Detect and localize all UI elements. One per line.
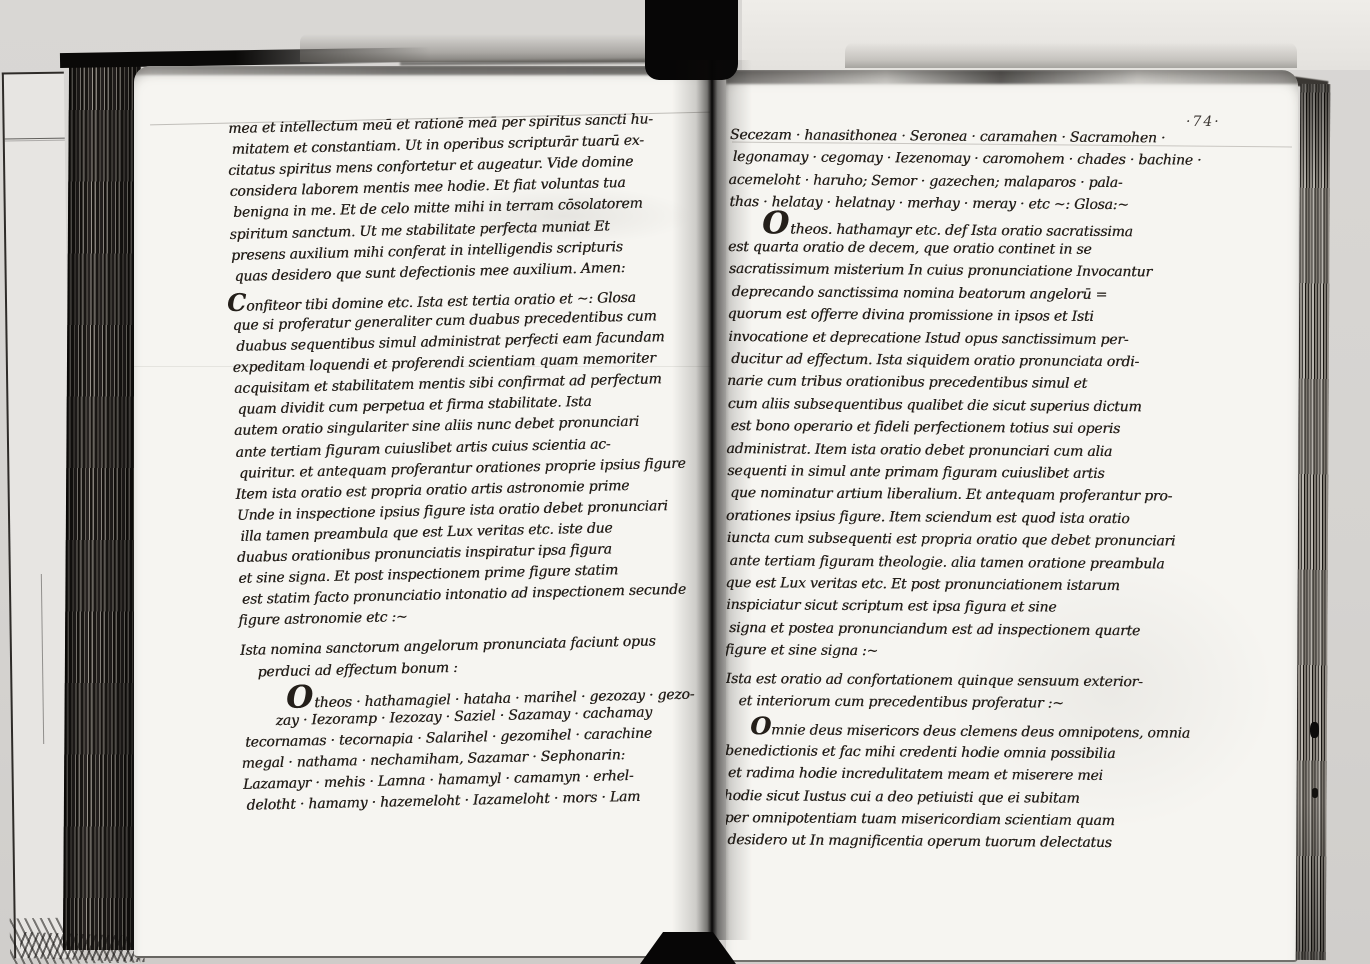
manuscript-line: narie cum tribus orationibus precedentib… (727, 372, 1087, 393)
left-page-text: mea et intellectum meū et rationē meā pe… (228, 109, 712, 120)
manuscript-line: orationes ipsius figure. Item sciendum e… (726, 507, 1130, 528)
manuscript-line: sequenti in simul ante primam figuram cu… (727, 462, 1104, 483)
right-page-top-shadow (845, 42, 1297, 68)
manuscript-line: invocatione et deprecatione Istud opus s… (728, 328, 1128, 349)
manuscript-line: benedictionis et fac mihi credenti hodie… (726, 742, 1115, 763)
right-page-top-smudge (726, 70, 1298, 84)
manuscript-line: administrat. Item ista oratio debet pron… (726, 440, 1112, 461)
right-page-stack-edge (1296, 84, 1331, 960)
ink-blot (1312, 788, 1318, 798)
page-stack-bottom-fan (20, 932, 146, 962)
manuscript-line: quorum est offerre divina promissione in… (727, 305, 1093, 326)
manuscript-line: et radima hodie incredulitatem meam et m… (728, 764, 1103, 785)
manuscript-line: sacratissimum misterium In cuius pronunc… (729, 260, 1152, 281)
left-page: mea et intellectum meū et rationē meā pe… (134, 66, 712, 958)
manuscript-line: que nominatur artium liberalium. Et ante… (730, 484, 1172, 505)
manuscript-photo: mea et intellectum meū et rationē meā pe… (0, 0, 1370, 964)
manuscript-line: est quarta oratio de decem, que oratio c… (728, 238, 1092, 259)
ink-blot (1310, 722, 1319, 738)
manuscript-line: figure astronomie etc :~ (238, 608, 408, 630)
manuscript-line: desidero ut In magnificentia operum tuor… (727, 831, 1111, 852)
manuscript-line: figure et sine signa :~ (726, 641, 878, 660)
manuscript-line: ducitur ad effectum. Ista siquidem orati… (731, 350, 1139, 371)
manuscript-line: deprecando sanctissima nomina beatorum a… (732, 283, 1107, 304)
manuscript-line: cum aliis subsequentibus qualibet die si… (728, 395, 1142, 416)
manuscript-line: Ista nomina sanctorum angelorum pronunci… (240, 633, 656, 660)
manuscript-line: Secezam · hanasithonea · Seronea · caram… (730, 126, 1165, 147)
manuscript-line: iuncta cum subsequenti est propria orati… (727, 529, 1176, 551)
cover-crease-line (5, 140, 65, 142)
left-page-top-shadow (300, 34, 712, 62)
manuscript-line: inspiciatur sicut scriptum est ipsa figu… (726, 596, 1056, 617)
manuscript-line: hodie sicut Iustus cui a deo petiuisti q… (726, 787, 1080, 808)
left-page-stack-edge (63, 58, 141, 950)
left-page-top-smudge (134, 66, 712, 75)
manuscript-line: Otheos. hathamayr etc. def Ista oratio s… (762, 216, 1133, 241)
manuscript-line: legonamay · cegomay · Iezenomay · caromo… (733, 148, 1202, 170)
manuscript-line: Omnie deus misericors deus clemens deus … (750, 720, 1190, 743)
right-page: ·74· Secezam · hanasithonea · Seronea · … (726, 70, 1298, 962)
manuscript-line: ante tertiam figuram theologie. alia tam… (730, 552, 1165, 573)
folio-number: ·74· (1186, 114, 1221, 130)
manuscript-line: et interiorum cum precedentibus proferat… (738, 692, 1063, 713)
manuscript-line: perduci ad effectum bonum : (257, 658, 457, 681)
manuscript-line: acemeloht · haruho; Semor · gazechen; ma… (729, 171, 1123, 192)
manuscript-line: est bono operario et fideli perfectionem… (731, 417, 1121, 438)
manuscript-line: per omnipotentiam tuam misericordiam sci… (726, 809, 1115, 830)
manuscript-line: signa et postea pronunciandum est ad ins… (729, 619, 1140, 640)
manuscript-line: que est Lux veritas etc. Et post pronunc… (726, 574, 1120, 595)
manuscript-line: Ista est oratio ad confortationem quinqu… (726, 670, 1143, 691)
cover-crease-line (41, 574, 44, 744)
